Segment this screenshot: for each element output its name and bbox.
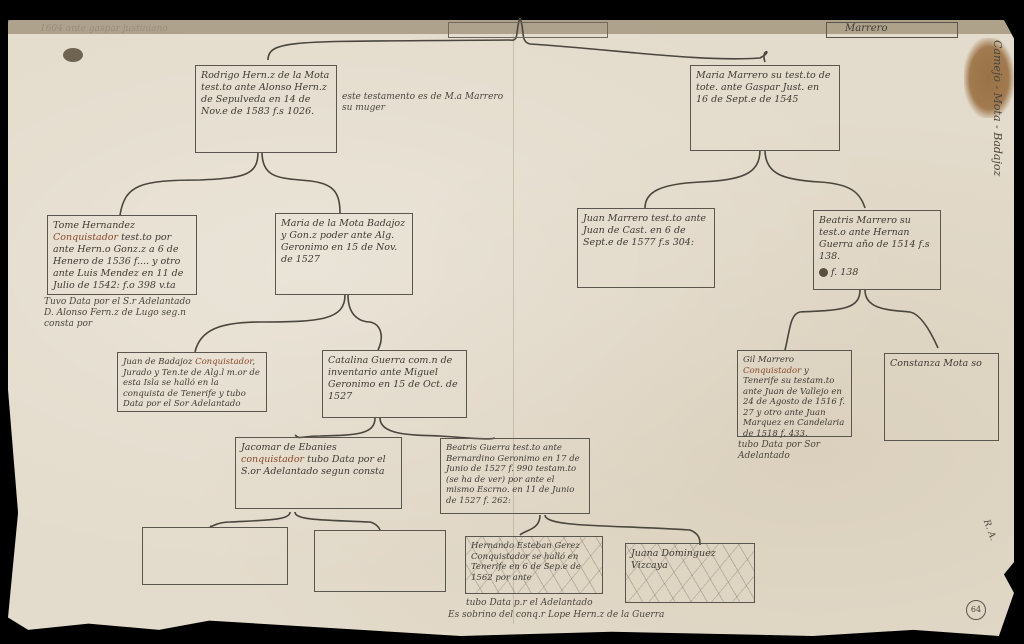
header-label: Marrero: [845, 23, 887, 34]
person-juan-de-badajoz: Juan de Badajoz Conquistador, Jurado y T…: [117, 352, 267, 412]
person-juana-dominguez: Juana Dominguez Vizcaya: [625, 543, 755, 603]
person-maria-marrero: Maria Marrero su test.to de tote. ante G…: [690, 65, 840, 151]
right-margin-note: Camejo - Mota - Badajoz: [991, 40, 1004, 176]
person-hernando-esteban: Hernando Esteban Gerez Conquistador se h…: [465, 536, 603, 594]
testament-side-note: este testamento es de M.a Marrero su mug…: [342, 92, 512, 114]
person-gil-marrero: Gil Marrero Conquistador y Tenerife su t…: [737, 350, 852, 437]
gil-data-note: tubo Data por Sor Adelantado: [738, 440, 853, 462]
person-empty-2: [314, 530, 446, 592]
hernando-relation-note: Es sobrino del conq.r Lope Hern.z de la …: [448, 610, 664, 621]
faded-header-text: 1604 ante gaspar justiniano: [40, 24, 168, 35]
person-constanza-mota: Constanza Mota so: [884, 353, 999, 441]
person-maria-de-la-mota: Maria de la Mota Badajoz y Gon.z poder a…: [275, 213, 413, 295]
header-label-box: Marrero: [826, 22, 958, 38]
person-beatris-guerra: Beatris Guerra test.to ante Bernardino G…: [440, 438, 590, 514]
person-catalina-guerra: Catalina Guerra com.n de inventario ante…: [322, 350, 467, 418]
person-beatris-marrero: Beatris Marrero su test.o ante Hernan Gu…: [813, 210, 941, 290]
ink-dot-icon: [819, 268, 828, 277]
person-jacomar-de-ebanies: Jacomar de Ebanies conquistador tubo Dat…: [235, 437, 402, 509]
person-rodrigo-hernandez: Rodrigo Hern.z de la Mota test.to ante A…: [195, 65, 337, 153]
folio-ref: f. 138: [819, 267, 935, 279]
tome-data-note: Tuvo Data por el S.r Adelantado D. Alons…: [44, 297, 194, 330]
top-center-box: [448, 22, 608, 38]
page-number: 64: [966, 600, 986, 620]
person-juan-marrero: Juan Marrero test.to ante Juan de Cast. …: [577, 208, 715, 288]
person-tome-hernandez: Tome Hernandez Conquistador test.to por …: [47, 215, 197, 295]
person-empty-1: [142, 527, 288, 585]
hernando-data-note: tubo Data p.r el Adelantado: [466, 598, 593, 609]
